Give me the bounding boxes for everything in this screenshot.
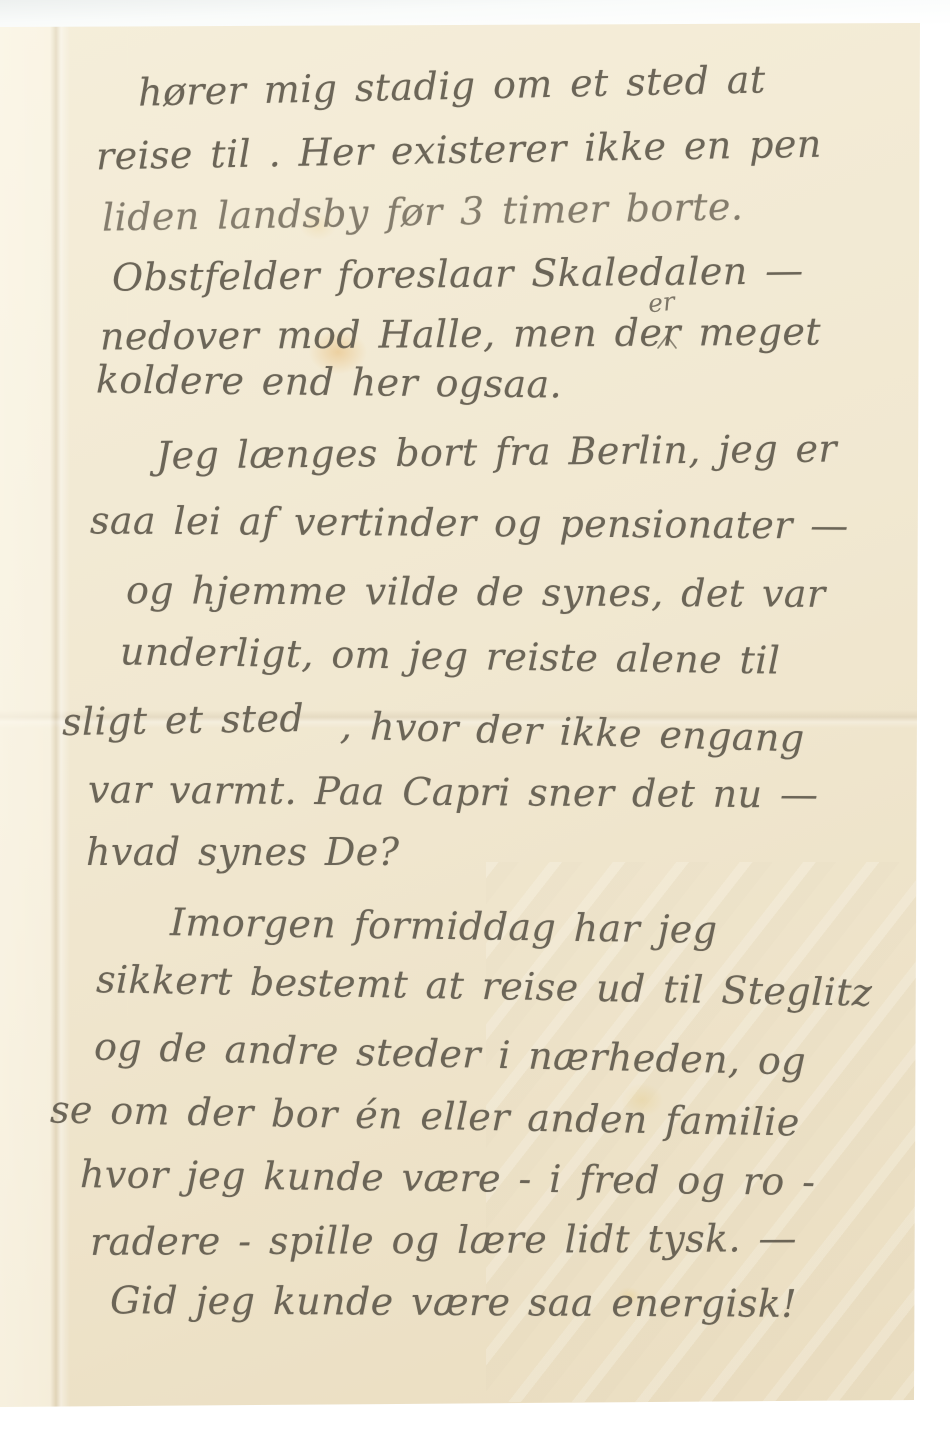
handwritten-line-09: og hjemme vilde de synes, det var	[126, 570, 826, 615]
handwritten-line-05: nedover mod Halle, men der meget	[100, 311, 821, 358]
handwritten-line-10: underligt, om jeg reiste alene til	[120, 631, 781, 682]
handwritten-line-08: saa lei af vertinder og pensionater —	[90, 500, 849, 547]
handwritten-line-14: hvad synes De?	[86, 832, 399, 874]
handwritten-line-07: Jeg længes bort fra Berlin, jeg er	[156, 428, 837, 477]
handwritten-line-12: , hvor der ikke engang	[340, 706, 806, 761]
handwritten-line-06: koldere end her ogsaa.	[96, 360, 562, 407]
handwritten-line-01: hører mig stadig om et sted at	[138, 59, 766, 114]
handwritten-line-20: radere - spille og lære lidt tysk. —	[90, 1218, 797, 1263]
insertion-caret-icon	[656, 334, 678, 349]
handwritten-line-15: Imorgen formiddag har jeg	[170, 902, 718, 951]
inserted-word: er	[647, 287, 677, 319]
letter-page: hører mig stadig om et sted at reise til…	[0, 0, 950, 1436]
handwritten-line-21: Gid jeg kunde være saa energisk!	[110, 1280, 797, 1325]
handwritten-line-13: var varmt. Paa Capri sner det nu —	[88, 769, 819, 816]
handwritten-line-11: sligt et sted	[62, 698, 305, 744]
handwritten-line-17: og de andre steder i nærheden, og	[94, 1027, 807, 1084]
handwritten-line-04: Obstfelder foreslaar Skaledalen —	[112, 250, 804, 299]
handwritten-line-02: reise til . Her existerer ikke en pen	[96, 124, 822, 178]
handwritten-line-18: se om der bor én eller anden familie	[50, 1089, 800, 1144]
handwritten-line-19: hvor jeg kunde være - i fred og ro -	[80, 1154, 816, 1203]
handwritten-line-16: sikkert bestemt at reise ud til Steglitz	[96, 959, 873, 1014]
handwritten-line-03: liden landsby før 3 timer borte.	[102, 186, 744, 239]
scan-background: hører mig stadig om et sted at reise til…	[0, 0, 950, 1436]
